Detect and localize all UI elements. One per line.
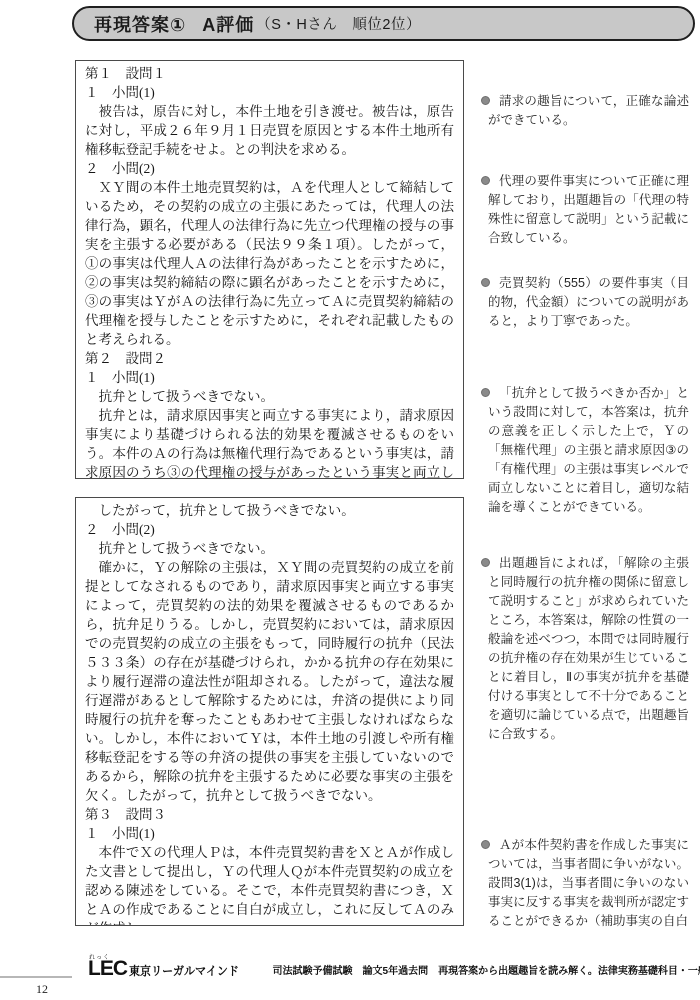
annotation-text: 出題趣旨によれば，「解除の主張と同時履行の抗弁権の関係に留意して説明すること」が…: [481, 554, 689, 744]
bullet-icon: [481, 96, 490, 105]
answer-box-2: したがって，抗弁として扱うべきでない。２ 小問(2)抗弁として扱うべきでない。確…: [75, 497, 464, 926]
footer: れっく LEC 東京リーガルマインド 司法試験予備試験 論文5年過去問 再現答案…: [88, 956, 692, 982]
answer-paragraph: 本件でＸの代理人Ｐは，本件売買契約書をＸとＡが作成した文書として提出し，Ｙの代理…: [85, 843, 454, 926]
lec-logo-furigana: れっく: [89, 952, 110, 961]
bullet-icon: [481, 558, 490, 567]
footer-caption: 司法試験予備試験 論文5年過去問 再現答案から出題趣旨を読み解く。法律実務基礎科…: [273, 962, 700, 977]
header-grade: A評価: [202, 11, 254, 37]
answer-paragraph: 被告は，原告に対し，本件土地を引き渡せ。被告は，原告に対し，平成２６年９月１日売…: [85, 102, 454, 159]
answer-paragraph: ２ 小問(2): [85, 520, 454, 539]
bullet-icon: [481, 840, 490, 849]
lec-logo: れっく LEC 東京リーガルマインド: [88, 957, 249, 981]
answer-paragraph: 抗弁とは，請求原因事実と両立する事実により，請求原因事実により基礎づけられる法的…: [85, 406, 454, 479]
answer-paragraph: 抗弁として扱うべきでない。: [85, 387, 454, 406]
margin-annotation: 代理の要件事実について正確に理解しており，出題趣旨の「代理の特殊性に留意して説明…: [481, 172, 689, 248]
annotation-text: 「抗弁として扱うべきか否か」という設問に対して，本答案は，抗弁の意義を正しく示し…: [481, 384, 689, 517]
annotation-text: 売買契約（555）の要件事実（目的物，代金額）についての説明があると，より丁寧で…: [481, 274, 689, 331]
header-title: 再現答案①: [94, 11, 186, 37]
margin-annotation: 売買契約（555）の要件事実（目的物，代金額）についての説明があると，より丁寧で…: [481, 274, 689, 331]
lec-company-name: 東京リーガルマインド: [129, 962, 239, 979]
annotation-text: 請求の趣旨について，正確な論述ができている。: [481, 92, 689, 130]
bullet-icon: [481, 388, 490, 397]
answer-paragraph: ＸＹ間の本件土地売買契約は，Ａを代理人として締結しているため，その契約の成立の主…: [85, 178, 454, 349]
annotation-text: Ａが本件契約書を作成した事実については，当事者間に争いがない。設問3(1)は，当…: [481, 836, 689, 931]
bullet-icon: [481, 176, 490, 185]
answer-paragraph: １ 小問(1): [85, 83, 454, 102]
header-bar: 再現答案① A評価 （S・Hさん 順位2位）: [72, 6, 695, 41]
margin-annotation: 請求の趣旨について，正確な論述ができている。: [481, 92, 689, 130]
page-number: 12: [36, 982, 48, 997]
answer-paragraph: 第１ 設問１: [85, 64, 454, 83]
margin-annotation: 出題趣旨によれば，「解除の主張と同時履行の抗弁権の関係に留意して説明すること」が…: [481, 554, 689, 744]
margin-annotation: Ａが本件契約書を作成した事実については，当事者間に争いがない。設問3(1)は，当…: [481, 836, 689, 931]
answer-paragraph: １ 小問(1): [85, 824, 454, 843]
answer-box-1: 第１ 設問１１ 小問(1)被告は，原告に対し，本件土地を引き渡せ。被告は，原告に…: [75, 60, 464, 479]
answer-paragraph: １ 小問(1): [85, 368, 454, 387]
answer-paragraph: 確かに，Ｙの解除の主張は，ＸＹ間の売買契約の成立を前提としてなされるものであり，…: [85, 558, 454, 805]
answer-paragraph: したがって，抗弁として扱うべきでない。: [85, 501, 454, 520]
document-page: 再現答案① A評価 （S・Hさん 順位2位） 第１ 設問１１ 小問(1)被告は，…: [0, 0, 700, 1000]
answer-paragraph: 第３ 設問３: [85, 805, 454, 824]
answer-paragraph: ２ 小問(2): [85, 159, 454, 178]
answer-paragraph: 第２ 設問２: [85, 349, 454, 368]
annotation-text: 代理の要件事実について正確に理解しており，出題趣旨の「代理の特殊性に留意して説明…: [481, 172, 689, 248]
header-examinee-info: （S・Hさん 順位2位）: [256, 13, 421, 34]
bullet-icon: [481, 278, 490, 287]
page-number-rule: [0, 976, 72, 978]
margin-annotation: 「抗弁として扱うべきか否か」という設問に対して，本答案は，抗弁の意義を正しく示し…: [481, 384, 689, 517]
answer-paragraph: 抗弁として扱うべきでない。: [85, 539, 454, 558]
